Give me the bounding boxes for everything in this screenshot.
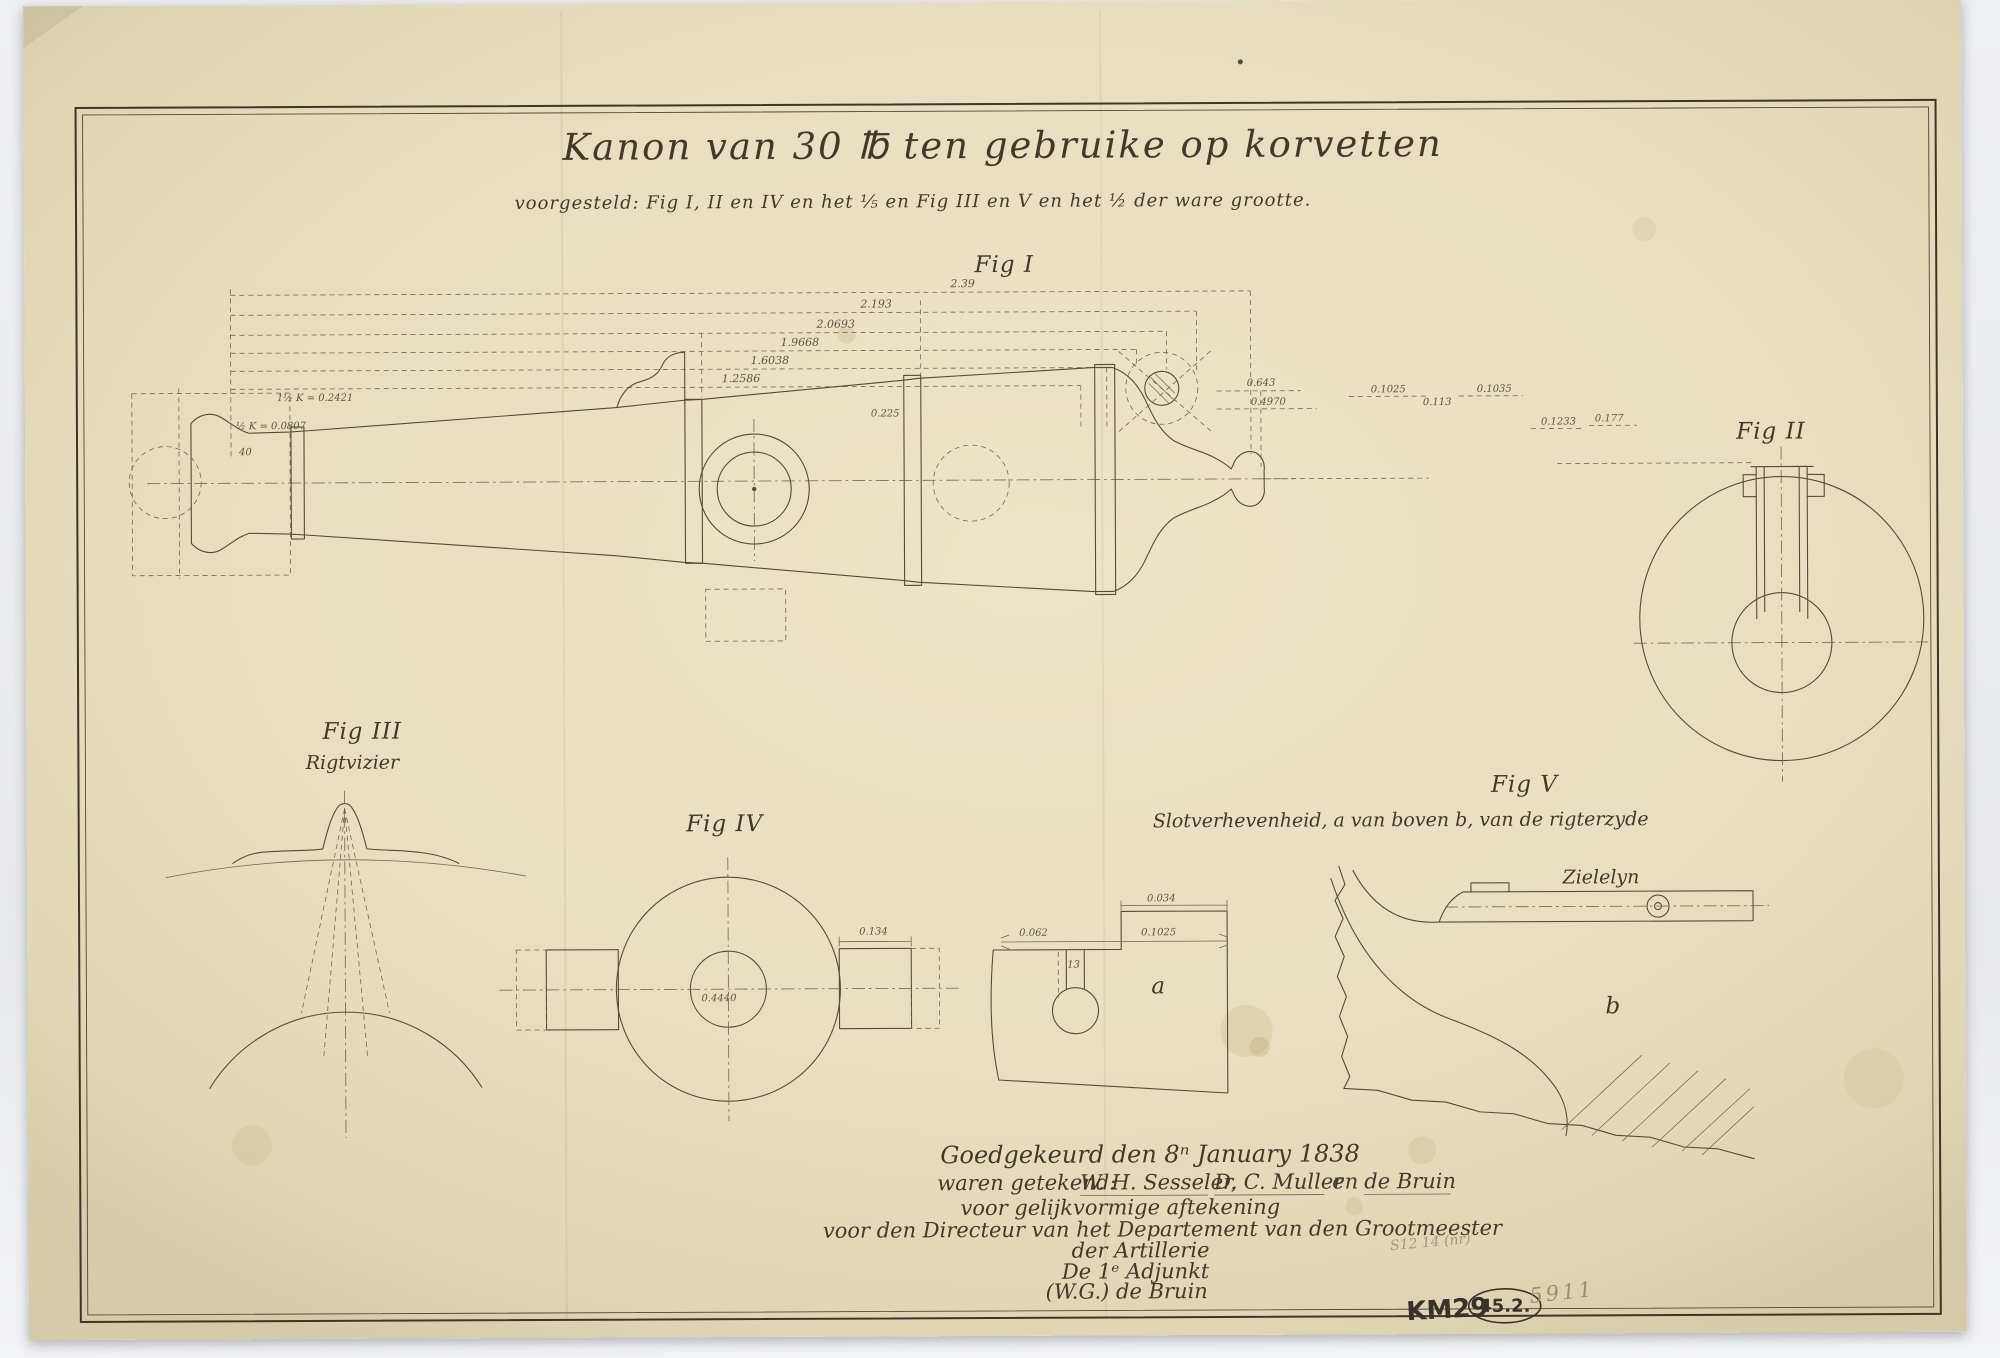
fig2-trunnion-elevation	[1743, 466, 1825, 618]
signer-conjunction: en	[1332, 1169, 1358, 1193]
dim-label: 0.062	[1019, 928, 1048, 939]
dim-label: 0.134	[859, 926, 888, 937]
fig2-centerlines	[1633, 446, 1928, 782]
fig5-caption: Slotverhevenheid, a van boven b, van de …	[1153, 808, 1649, 832]
fig5-axis-label: Zielelyn	[1561, 866, 1639, 888]
fig2-link-line	[1557, 463, 1751, 464]
fig1-muzzle-face	[191, 424, 192, 544]
fig2-label: Fig II	[1735, 418, 1806, 444]
fig3-sight-section: Fig III Rigtvizier	[165, 718, 527, 1139]
dim-label: 0.4440	[701, 993, 737, 1004]
fig1-label: Fig I	[973, 252, 1034, 278]
fig5-detail-b: Zielelyn b	[1331, 865, 1770, 1161]
drawing-subtitle: voorgesteld: Fig I, II en IV en het ⅕ en…	[515, 190, 1312, 214]
fig2-end-view: Fig II	[1557, 418, 1929, 783]
dim-label: 1.9668	[781, 336, 820, 349]
fig5-detail-a: 0.034 0.1025 0.062 13 a	[991, 893, 1228, 1094]
dim-label: 0.1035	[1477, 384, 1512, 395]
drawing-title: Kanon van 30 ℔ ten gebruike op korvetten	[562, 122, 1443, 169]
dim-label: 1½ K = 0.2421	[277, 393, 353, 404]
fig3-caption: Rigtvizier	[305, 752, 401, 774]
dim-label: 2.39	[949, 277, 975, 290]
fig5-part-b-letter: b	[1605, 993, 1620, 1019]
dim-label: 1.2586	[722, 372, 761, 385]
fig1-sight-scroll	[617, 352, 685, 407]
fig5-hatching	[1562, 1055, 1754, 1156]
approval-date-line: Goedgekeurd den 8ⁿ January 1838	[940, 1139, 1360, 1169]
title-block: Kanon van 30 ℔ ten gebruike op korvetten…	[514, 122, 1443, 214]
fig3-centerline	[345, 791, 347, 1138]
dim-label: 0.113	[1423, 397, 1452, 408]
fig1-vent-detail	[1119, 351, 1211, 431]
dim-label: 1.6038	[751, 354, 790, 367]
dim-label: 2.193	[859, 297, 892, 310]
fig4-trunnion-plan: Fig IV 0.4440 0.134	[499, 810, 960, 1122]
dim-label: 0.034	[1147, 893, 1176, 904]
fig1-trunnion	[699, 419, 810, 561]
paper-sheet: Kanon van 30 ℔ ten gebruike op korvetten…	[23, 0, 1967, 1340]
fig4-dim-line	[839, 936, 911, 946]
inventory-code: KM29	[1406, 1293, 1490, 1328]
dim-label: 0.4970	[1251, 397, 1287, 408]
fig4-label: Fig IV	[685, 811, 765, 837]
dim-label: 0.1025	[1371, 384, 1406, 395]
dim-label: 2.0693	[815, 318, 855, 331]
dim-label: 0.1233	[1541, 416, 1576, 427]
fig1-ghost-circle	[933, 445, 1009, 521]
fig3-label: Fig III	[321, 719, 402, 745]
fig1-extension-line	[1264, 478, 1429, 479]
archive-annotations: S12 14 (nr) KM29 45.2. 5911	[1389, 1230, 1596, 1327]
dim-label: 13	[1067, 960, 1080, 971]
folio-number: 5911	[1528, 1277, 1596, 1308]
scanned-drawing-page: Kanon van 30 ℔ ten gebruike op korvetten…	[0, 0, 2000, 1358]
approval-line7: (W.G.) de Bruin	[1046, 1279, 1208, 1304]
fig3-barrel-arc	[166, 859, 526, 878]
drawing-canvas: Kanon van 30 ℔ ten gebruike op korvetten…	[23, 0, 1967, 1340]
signer-2: D. C. Muller	[1213, 1169, 1345, 1194]
fig1-ghost-box	[706, 589, 786, 641]
fig5-lock-details: Fig V Slotverhevenheid, a van boven b, v…	[990, 771, 1770, 1162]
fig5-label: Fig V	[1490, 772, 1559, 798]
fig4-centerlines	[499, 856, 960, 1122]
fig1-side-view: Fig I 2.39 2.193 2.0693 1.9668 1.6038 1.…	[128, 249, 1638, 644]
fig5-part-a-letter: a	[1151, 973, 1165, 999]
dim-label: 0.177	[1595, 413, 1624, 424]
dim-label: 40	[238, 447, 252, 458]
fig5-break-line	[1335, 865, 1754, 1161]
approval-block: Goedgekeurd den 8ⁿ January 1838 waren ge…	[822, 1139, 1504, 1305]
fig1-centerline	[147, 479, 1294, 484]
signer-3: de Bruin	[1364, 1169, 1456, 1193]
dim-label: 0.643	[1247, 378, 1276, 389]
dim-label: 0.1025	[1141, 927, 1176, 938]
circled-number: 45.2.	[1479, 1296, 1530, 1317]
dim-label: 0.225	[871, 408, 900, 419]
